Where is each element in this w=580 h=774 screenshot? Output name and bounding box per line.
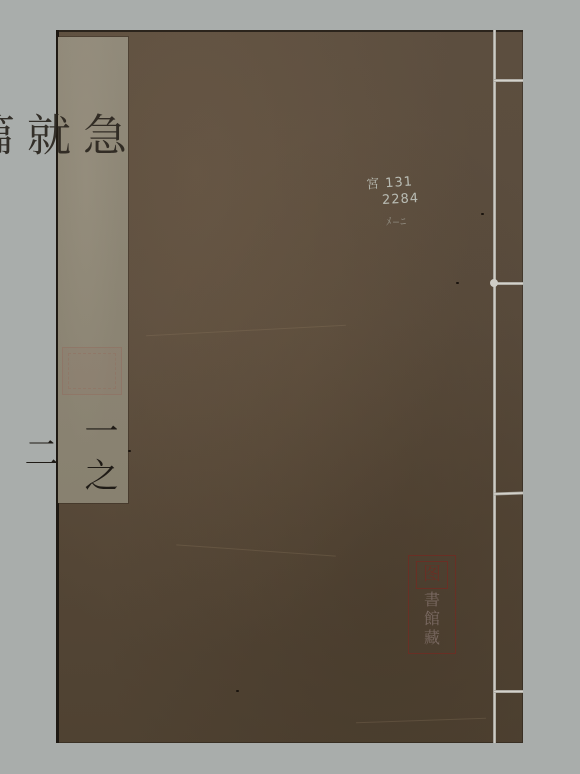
library-seal: 图 書 館 藏 <box>408 555 456 654</box>
cover-top-edge <box>56 30 523 32</box>
pencil-note-line1: 宮 131 <box>365 170 413 192</box>
pencil-note-line2: 2284 <box>382 191 420 208</box>
title-char: 篇 <box>0 45 16 225</box>
binding-thread-tie <box>494 491 523 495</box>
paper-crease <box>356 718 486 724</box>
title-slip: 急 就 篇 一 之 二 <box>58 37 128 503</box>
seal-char: 館 <box>415 609 449 628</box>
seal-char: 書 <box>415 590 449 609</box>
binding-thread-tie <box>494 690 523 693</box>
binding-knot <box>490 279 498 287</box>
ink-speck <box>128 450 131 452</box>
ink-speck <box>481 213 484 215</box>
ink-speck <box>456 282 459 284</box>
library-seal-chars: 書 館 藏 <box>415 590 449 647</box>
title-char: 急 <box>72 45 128 225</box>
paper-crease <box>176 544 336 556</box>
pencil-note-line3: ﾒ‒ﾆ <box>386 213 407 229</box>
slip-seal-inner <box>68 353 116 389</box>
volume-char: 二 <box>18 435 58 469</box>
paper-crease <box>146 325 346 336</box>
seal-char: 藏 <box>415 628 449 647</box>
volume-char: 之 <box>78 457 118 491</box>
title-char: 就 <box>16 45 72 225</box>
library-seal-top-char: 图 <box>416 561 448 589</box>
book-cover: 急 就 篇 一 之 二 宮 131 2284 ﾒ‒ﾆ 图 書 館 藏 <box>56 30 523 743</box>
binding-thread-tie <box>494 79 523 82</box>
binding-thread-tie <box>494 282 523 285</box>
ink-speck <box>236 690 239 692</box>
slip-seal-stamp <box>62 347 122 395</box>
volume-label: 一 之 二 <box>58 402 128 502</box>
binding-thread-vertical <box>493 30 496 743</box>
volume-char: 一 <box>78 413 118 447</box>
book-title: 急 就 篇 <box>58 45 128 225</box>
